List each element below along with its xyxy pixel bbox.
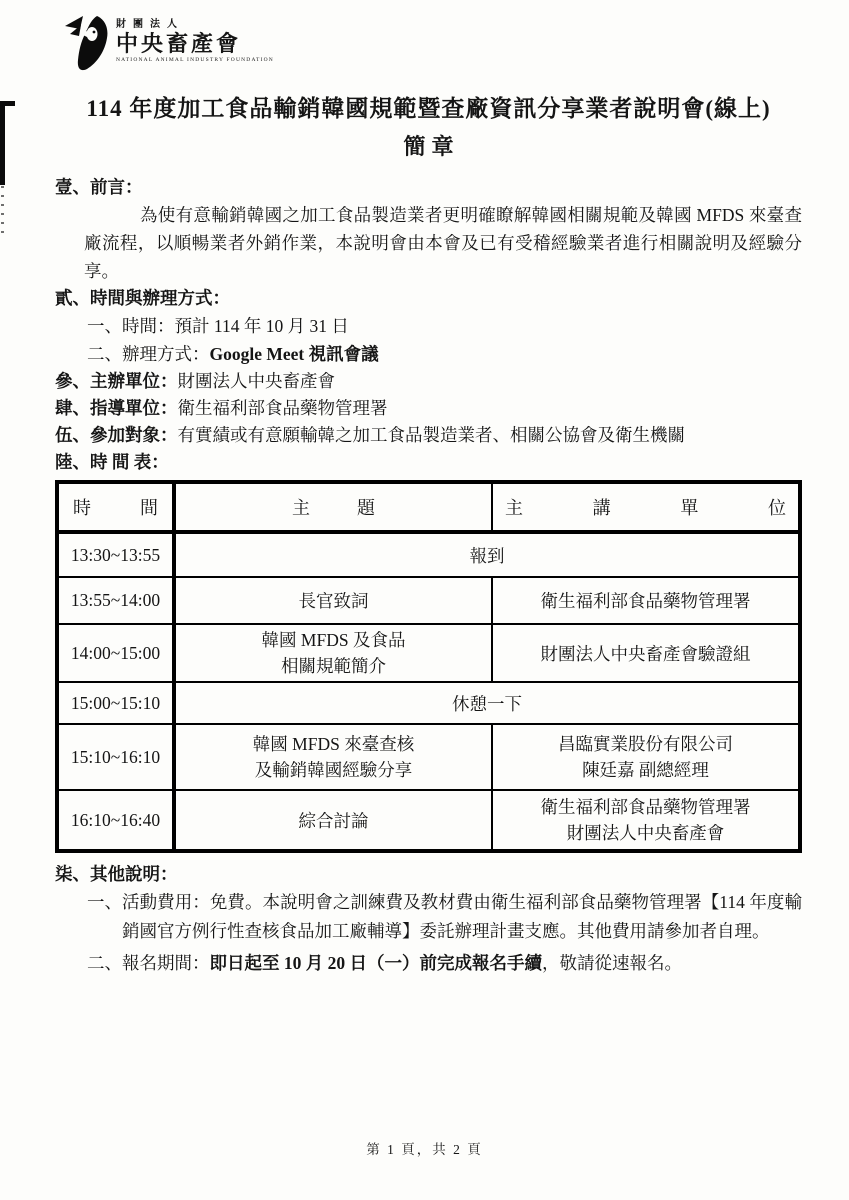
item-number: 一、	[87, 888, 122, 946]
topic-line: 韓國 MFDS 來臺查核	[180, 731, 487, 757]
speaker-cell: 衛生福利部食品藥物管理署 財團法人中央畜產會	[492, 790, 800, 851]
header-topic: 主題	[174, 482, 492, 532]
time-cell: 16:10~16:40	[57, 790, 174, 851]
document-title: 114 年度加工食品輸銷韓國規範暨查廠資訊分享業者說明會(線上)	[55, 92, 802, 126]
item-text-bold: Google Meet 視訊會議	[210, 344, 379, 364]
speaker-line: 昌臨實業股份有限公司	[497, 731, 794, 757]
topic-cell: 綜合討論	[174, 790, 492, 851]
logo-org-name: 中央畜產會	[116, 31, 274, 57]
section-5-audience: 伍、參加對象：有實績或有意願輸韓之加工食品製造業者、相關公協會及衛生機關	[55, 422, 802, 449]
time-cell: 13:55~14:00	[57, 577, 174, 624]
item-number: 二、	[87, 948, 122, 978]
topic-cell: 韓國 MFDS 及食品 相關規範簡介	[174, 624, 492, 682]
speaker-cell: 昌臨實業股份有限公司 陳廷嘉 副總經理	[492, 724, 800, 790]
item-text: 活動費用：免費。本說明會之訓練費及教材費由衛生福利部食品藥物管理署【114 年度…	[122, 888, 802, 946]
topic-cell: 韓國 MFDS 來臺查核 及輸銷韓國經驗分享	[174, 724, 492, 790]
section-1-heading: 壹、前言：	[55, 174, 802, 201]
topic-cell: 休憩一下	[174, 682, 800, 724]
schedule-header-row: 時間 主題 主講單位	[57, 482, 800, 532]
item-number: 二、	[87, 340, 122, 368]
schedule-row: 15:00~15:10 休憩一下	[57, 682, 800, 724]
topic-cell: 報到	[174, 532, 800, 577]
page-number: 第 1 頁，共 2 頁	[0, 1138, 849, 1158]
schedule-row: 13:30~13:55 報到	[57, 532, 800, 577]
section-2-item-1: 一、 時間：預計 114 年 10 月 31 日	[87, 312, 802, 340]
header-time: 時間	[57, 482, 174, 532]
document-subtitle: 簡章	[55, 132, 802, 162]
speaker-line: 衛生福利部食品藥物管理署	[497, 794, 794, 820]
scan-artifact-dots	[1, 186, 4, 236]
section-2-item-2: 二、 辦理方式：Google Meet 視訊會議	[87, 340, 802, 368]
item-text-suffix: ，敬請從速報名。	[542, 953, 682, 973]
section-7-item-2: 二、 報名期間：即日起至 10 月 20 日（一）前完成報名手續，敬請從速報名。	[87, 948, 802, 978]
item-text: 時間：預計 114 年 10 月 31 日	[122, 312, 802, 340]
section-5-value: 有實績或有意願輸韓之加工食品製造業者、相關公協會及衛生機關	[178, 425, 686, 445]
section-5-heading: 伍、參加對象：	[55, 425, 178, 445]
speaker-cell: 財團法人中央畜產會驗證組	[492, 624, 800, 682]
logo-text-block: 財團法人 中央畜產會 NATIONAL ANIMAL INDUSTRY FOUN…	[116, 19, 274, 64]
section-4-heading: 肆、指導單位：	[55, 398, 178, 418]
speaker-line: 財團法人中央畜產會	[497, 820, 794, 846]
item-text-prefix: 辦理方式：	[122, 344, 210, 364]
section-3-value: 財團法人中央畜產會	[178, 371, 336, 391]
document-page: 財團法人 中央畜產會 NATIONAL ANIMAL INDUSTRY FOUN…	[0, 0, 849, 1200]
section-7-item-1: 一、 活動費用：免費。本說明會之訓練費及教材費由衛生福利部食品藥物管理署【114…	[87, 888, 802, 946]
item-text-prefix: 報名期間：	[122, 953, 210, 973]
schedule-table: 時間 主題 主講單位 13:30~13:55 報到 13:55~14:00 長官…	[55, 480, 802, 853]
item-number: 一、	[87, 312, 122, 340]
schedule-row: 16:10~16:40 綜合討論 衛生福利部食品藥物管理署 財團法人中央畜產會	[57, 790, 800, 851]
section-7-heading: 柒、其他說明：	[55, 861, 802, 888]
section-2-heading: 貳、時間與辦理方式：	[55, 285, 802, 312]
time-cell: 15:00~15:10	[57, 682, 174, 724]
topic-line: 韓國 MFDS 及食品	[180, 627, 487, 653]
time-cell: 14:00~15:00	[57, 624, 174, 682]
foundation-logo: 財團法人 中央畜產會 NATIONAL ANIMAL INDUSTRY FOUN…	[64, 13, 274, 71]
topic-line: 相關規範簡介	[180, 653, 487, 679]
item-text: 報名期間：即日起至 10 月 20 日（一）前完成報名手續，敬請從速報名。	[122, 948, 802, 978]
time-cell: 15:10~16:10	[57, 724, 174, 790]
schedule-row: 13:55~14:00 長官致詞 衛生福利部食品藥物管理署	[57, 577, 800, 624]
schedule-row: 15:10~16:10 韓國 MFDS 來臺查核 及輸銷韓國經驗分享 昌臨實業股…	[57, 724, 800, 790]
section-3-heading: 參、主辦單位：	[55, 371, 178, 391]
document-body: 114 年度加工食品輸銷韓國規範暨查廠資訊分享業者說明會(線上) 簡章 壹、前言…	[0, 0, 849, 978]
section-1-paragraph: 為使有意輸銷韓國之加工食品製造業者更明確瞭解韓國相關規範及韓國 MFDS 來臺查…	[84, 201, 802, 285]
section-4-value: 衛生福利部食品藥物管理署	[178, 398, 388, 418]
logo-org-type: 財團法人	[116, 19, 274, 31]
section-3-organizer: 參、主辦單位：財團法人中央畜產會	[55, 368, 802, 395]
scan-artifact-bar	[0, 101, 5, 185]
item-text: 辦理方式：Google Meet 視訊會議	[122, 340, 802, 368]
header-speaker: 主講單位	[492, 482, 800, 532]
section-4-advisor: 肆、指導單位：衛生福利部食品藥物管理署	[55, 395, 802, 422]
section-6-heading: 陸、時 間 表：	[55, 449, 802, 476]
speaker-line: 陳廷嘉 副總經理	[497, 757, 794, 783]
scan-artifact-hook	[0, 101, 15, 106]
section-7: 柒、其他說明： 一、 活動費用：免費。本說明會之訓練費及教材費由衛生福利部食品藥…	[55, 861, 802, 978]
topic-cell: 長官致詞	[174, 577, 492, 624]
topic-line: 及輸銷韓國經驗分享	[180, 757, 487, 783]
time-cell: 13:30~13:55	[57, 532, 174, 577]
taiwan-bird-logo-icon	[64, 13, 114, 71]
schedule-row: 14:00~15:00 韓國 MFDS 及食品 相關規範簡介 財團法人中央畜產會…	[57, 624, 800, 682]
logo-org-name-en: NATIONAL ANIMAL INDUSTRY FOUNDATION	[116, 57, 274, 64]
speaker-cell: 衛生福利部食品藥物管理署	[492, 577, 800, 624]
item-text-bold: 即日起至 10 月 20 日（一）前完成報名手續	[210, 953, 543, 973]
